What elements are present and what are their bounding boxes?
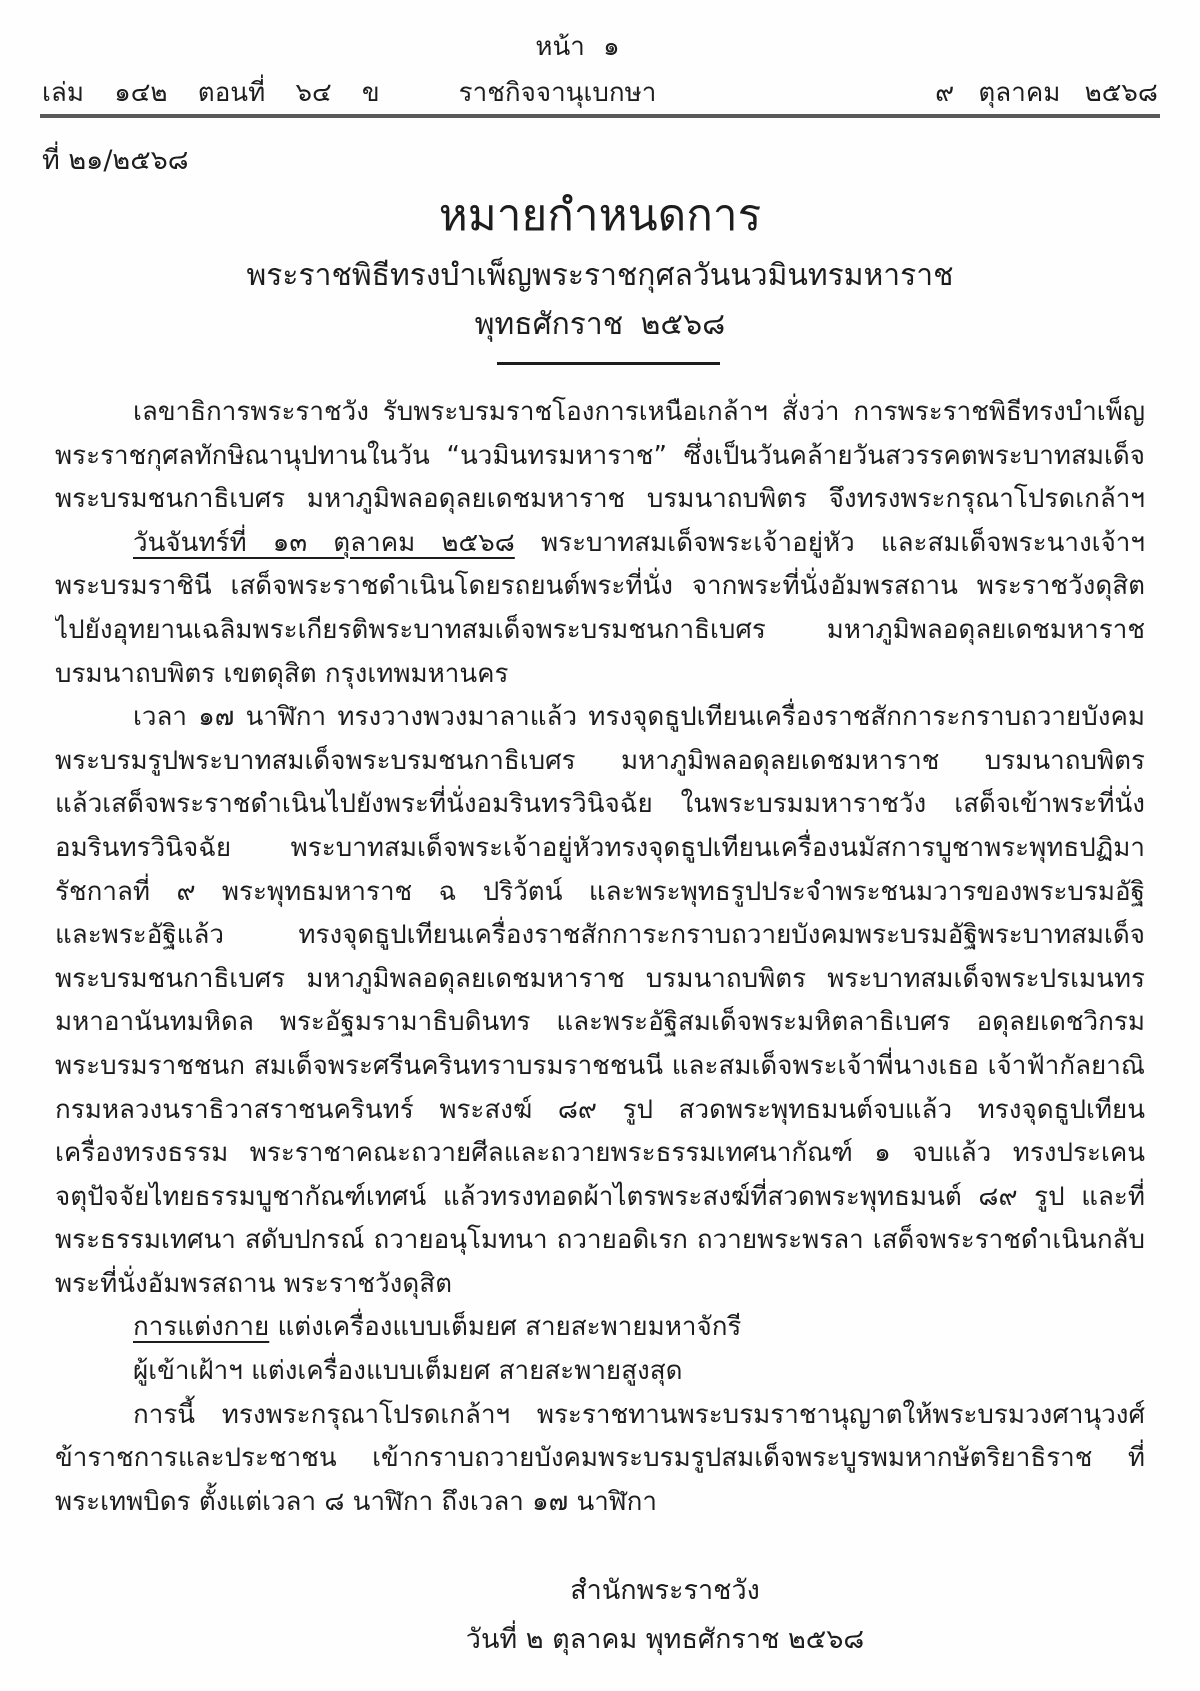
page-number-label: หน้า ๑ bbox=[0, 26, 1155, 67]
body-line: เลขาธิการพระราชวัง รับพระบรมราชโองการเหน… bbox=[55, 391, 1145, 435]
document-subtitle: พระราชพิธีทรงบำเพ็ญพระราชกุศลวันนวมินทรม… bbox=[0, 252, 1200, 299]
body-line: การนี้ ทรงพระกรุณาโปรดเกล้าฯ พระราชทานพร… bbox=[55, 1394, 1145, 1438]
body-line: พระบรมราชินี เสด็จพระราชดำเนินโดยรถยนต์พ… bbox=[55, 565, 1145, 609]
underlined-phrase: วันจันทร์ที่ ๑๓ ตุลาคม ๒๕๖๘ bbox=[133, 528, 515, 558]
header-rule bbox=[40, 114, 1160, 118]
body-line: การแต่งกาย แต่งเครื่องแบบเต็มยศ สายสะพาย… bbox=[55, 1306, 1145, 1350]
body-line: พระบรมชนกาธิเบศร มหาภูมิพลอดุลยเดชมหาราช… bbox=[55, 478, 1145, 522]
footer-date: วันที่ ๒ ตุลาคม พุทธศักราช ๒๕๖๘ bbox=[130, 1615, 1200, 1664]
body-line: บรมนาถบพิตร เขตดุสิต กรุงเทพมหานคร bbox=[55, 653, 1145, 697]
gazette-page: หน้า ๑ เล่ม ๑๔๒ ตอนที่ ๖๔ ข ราชกิจจานุเบ… bbox=[0, 0, 1200, 1691]
body-line: เวลา ๑๗ นาฬิกา ทรงวางพวงมาลาแล้ว ทรงจุดธ… bbox=[55, 696, 1145, 740]
body-text: เลขาธิการพระราชวัง รับพระบรมราชโองการเหน… bbox=[55, 391, 1145, 1524]
document-title: หมายกำหนดการ bbox=[0, 180, 1200, 250]
body-line: วันจันทร์ที่ ๑๓ ตุลาคม ๒๕๖๘ พระบาทสมเด็จ… bbox=[55, 522, 1145, 566]
body-line: ไปยังอุทยานเฉลิมพระเกียรติพระบาทสมเด็จพร… bbox=[55, 609, 1145, 653]
footer-organization: สำนักพระราชวัง bbox=[130, 1566, 1200, 1615]
body-line: พระราชกุศลทักษิณานุปทานในวัน “นวมินทรมหา… bbox=[55, 435, 1145, 479]
body-line: มหาอานันทมหิดล พระอัฐมรามาธิบดินทร และพร… bbox=[55, 1001, 1145, 1045]
body-line: พระที่นั่งอัมพรสถาน พระราชวังดุสิต bbox=[55, 1263, 1145, 1307]
body-line: พระบรมรูปพระบาทสมเด็จพระบรมชนกาธิเบศร มห… bbox=[55, 740, 1145, 784]
body-line: รัชกาลที่ ๙ พระพุทธมหาราช ฉ ปริวัตน์ และ… bbox=[55, 871, 1145, 915]
body-line: พระบรมชนกาธิเบศร มหาภูมิพลอดุลยเดชมหาราช… bbox=[55, 958, 1145, 1002]
body-line: พระธรรมเทศนา สดับปกรณ์ ถวายอนุโมทนา ถวาย… bbox=[55, 1219, 1145, 1263]
header-date: ๙ ตุลาคม ๒๕๖๘ bbox=[935, 72, 1158, 113]
underlined-phrase: การแต่งกาย bbox=[133, 1312, 269, 1342]
document-era: พุทธศักราช ๒๕๖๘ bbox=[0, 301, 1200, 348]
body-line: พระบรมราชชนก สมเด็จพระศรีนครินทราบรมราชช… bbox=[55, 1045, 1145, 1089]
body-line: และพระอัฐิแล้ว ทรงจุดธูปเทียนเครื่องราชส… bbox=[55, 914, 1145, 958]
body-line: พระเทพบิดร ตั้งแต่เวลา ๘ นาฬิกา ถึงเวลา … bbox=[55, 1481, 1145, 1525]
body-line: จตุปัจจัยไทยธรรมบูชากัณฑ์เทศน์ แล้วทรงทอ… bbox=[55, 1176, 1145, 1220]
title-divider bbox=[497, 362, 720, 365]
body-line: แล้วเสด็จพระราชดำเนินไปยังพระที่นั่งอมริ… bbox=[55, 783, 1145, 827]
body-line: เครื่องทรงธรรม พระราชาคณะถวายศีลและถวายพ… bbox=[55, 1132, 1145, 1176]
body-line: ข้าราชการและประชาชน เข้ากราบถวายบังคมพระ… bbox=[55, 1437, 1145, 1481]
body-line: กรมหลวงนราธิวาสราชนครินทร์ พระสงฆ์ ๘๙ รู… bbox=[55, 1089, 1145, 1133]
body-line: อมรินทรวินิจฉัย พระบาทสมเด็จพระเจ้าอยู่ห… bbox=[55, 827, 1145, 871]
document-number: ที่ ๒๑/๒๕๖๘ bbox=[42, 138, 189, 181]
body-line: ผู้เข้าเฝ้าฯ แต่งเครื่องแบบเต็มยศ สายสะพ… bbox=[55, 1350, 1145, 1394]
footer-block: สำนักพระราชวัง วันที่ ๒ ตุลาคม พุทธศักรา… bbox=[130, 1566, 1200, 1664]
